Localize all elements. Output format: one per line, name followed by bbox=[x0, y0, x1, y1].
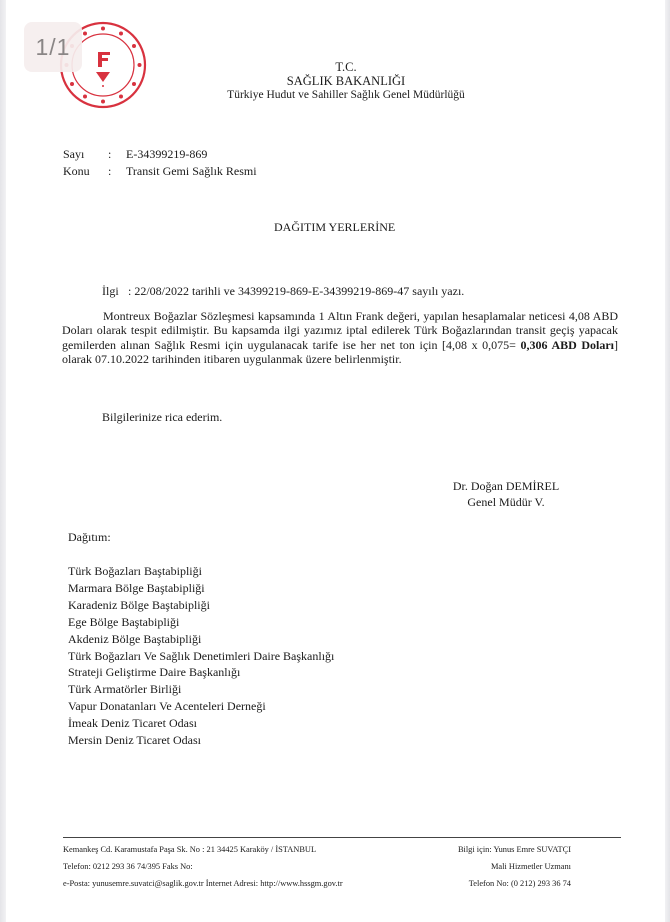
meta-sayi: Sayı : E-34399219-869 bbox=[63, 146, 257, 163]
letterhead-directorate: Türkiye Hudut ve Sahiller Sağlık Genel M… bbox=[156, 88, 536, 102]
footer-contact: Kemankeş Cd. Karamustafa Paşa Sk. No : 2… bbox=[63, 841, 343, 892]
konu-label: Konu bbox=[63, 163, 108, 180]
footer-divider bbox=[63, 837, 621, 838]
footer-email-web: e-Posta: yunusemre.suvatci@saglik.gov.tr… bbox=[63, 875, 343, 892]
distribution-item: Vapur Donatanları Ve Acenteleri Derneği bbox=[68, 698, 334, 715]
reference-label: İlgi bbox=[102, 284, 128, 299]
viewer-edge-right bbox=[665, 0, 670, 922]
distribution-list: Dağıtım: Türk Boğazları BaştabipliğiMarm… bbox=[68, 530, 334, 749]
body-paragraph: Montreux Boğazlar Sözleşmesi kapsamında … bbox=[62, 309, 618, 366]
footer-info-contact: Bilgi için: Yunus Emre SUVATÇI bbox=[406, 841, 571, 858]
letterhead-tc: T.C. bbox=[156, 60, 536, 74]
distribution-items: Türk Boğazları BaştabipliğiMarmara Bölge… bbox=[68, 563, 334, 749]
distribution-item: Türk Armatörler Birliği bbox=[68, 681, 334, 698]
reference-value: : 22/08/2022 tarihli ve 34399219-869-E-3… bbox=[128, 284, 464, 299]
signatory-name: Dr. Doğan DEMİREL bbox=[436, 478, 576, 494]
footer-address: Kemankeş Cd. Karamustafa Paşa Sk. No : 2… bbox=[63, 841, 343, 858]
document-page: T.C. SAĞLIK BAKANLIĞI Türkiye Hudut ve S… bbox=[6, 0, 665, 922]
sayi-separator: : bbox=[108, 146, 126, 163]
sayi-value: E-34399219-869 bbox=[126, 146, 207, 163]
footer-info: Bilgi için: Yunus Emre SUVATÇI Mali Hizm… bbox=[406, 841, 571, 892]
distribution-item: Akdeniz Bölge Baştabipliği bbox=[68, 631, 334, 648]
letterhead-ministry: SAĞLIK BAKANLIĞI bbox=[156, 74, 536, 88]
closing-line: Bilgilerinize rica ederim. bbox=[102, 410, 222, 425]
distribution-item: İmeak Deniz Ticaret Odası bbox=[68, 715, 334, 732]
addressee: DAĞITIM YERLERİNE bbox=[274, 220, 395, 235]
sayi-label: Sayı bbox=[63, 146, 108, 163]
distribution-item: Türk Boğazları Ve Sağlık Denetimleri Dai… bbox=[68, 648, 334, 665]
distribution-title: Dağıtım: bbox=[68, 530, 334, 545]
distribution-item: Karadeniz Bölge Baştabipliği bbox=[68, 597, 334, 614]
footer-info-title: Mali Hizmetler Uzmanı bbox=[406, 858, 571, 875]
distribution-item: Ege Bölge Baştabipliği bbox=[68, 614, 334, 631]
konu-value: Transit Gemi Sağlık Resmi bbox=[126, 163, 257, 180]
document-meta: Sayı : E-34399219-869 Konu : Transit Gem… bbox=[63, 146, 257, 180]
konu-separator: : bbox=[108, 163, 126, 180]
distribution-item: Strateji Geliştirme Daire Başkanlığı bbox=[68, 664, 334, 681]
reference-line: İlgi : 22/08/2022 tarihli ve 34399219-86… bbox=[102, 284, 464, 299]
body-tariff-amount: 0,306 ABD Doları bbox=[521, 338, 614, 352]
letterhead: T.C. SAĞLIK BAKANLIĞI Türkiye Hudut ve S… bbox=[156, 60, 536, 102]
meta-konu: Konu : Transit Gemi Sağlık Resmi bbox=[63, 163, 257, 180]
distribution-item: Marmara Bölge Baştabipliği bbox=[68, 580, 334, 597]
distribution-item: Türk Boğazları Baştabipliği bbox=[68, 563, 334, 580]
signature-block: Dr. Doğan DEMİREL Genel Müdür V. bbox=[436, 478, 576, 510]
signatory-title: Genel Müdür V. bbox=[436, 494, 576, 510]
page-counter-badge: 1/1 bbox=[24, 22, 82, 72]
footer-phone: Telefon: 0212 293 36 74/395 Faks No: bbox=[63, 858, 343, 875]
distribution-item: Mersin Deniz Ticaret Odası bbox=[68, 732, 334, 749]
footer-info-phone: Telefon No: (0 212) 293 36 74 bbox=[406, 875, 571, 892]
